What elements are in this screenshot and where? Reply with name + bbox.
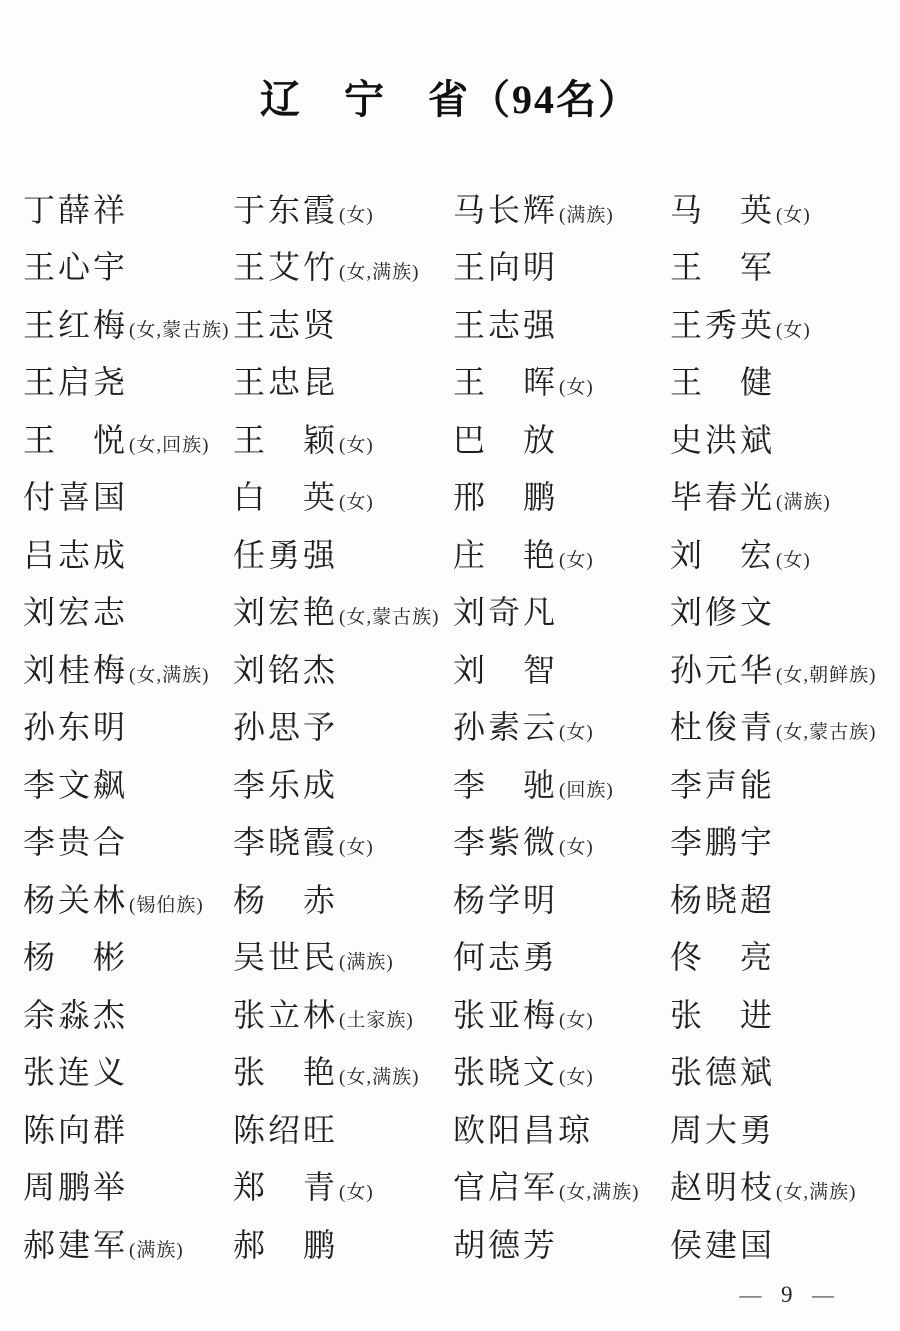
person-note: (女) bbox=[559, 551, 594, 570]
roster-cell: 于东霞(女) bbox=[233, 194, 453, 226]
roster-cell: 张连义 bbox=[23, 1056, 233, 1088]
roster-cell: 张立林(土家族) bbox=[233, 999, 453, 1031]
person-name: 王 晖 bbox=[453, 366, 558, 398]
roster-cell: 何志勇 bbox=[453, 941, 670, 973]
person-name: 杨 赤 bbox=[233, 884, 338, 916]
person-name: 余淼杰 bbox=[23, 999, 128, 1031]
person-name: 刘铭杰 bbox=[233, 654, 338, 686]
roster-cell: 刘宏志 bbox=[23, 596, 233, 628]
roster-cell: 王心宇 bbox=[23, 251, 233, 283]
roster-cell: 胡德芳 bbox=[453, 1229, 670, 1261]
person-note: (女) bbox=[339, 206, 374, 225]
person-name: 官启军 bbox=[453, 1171, 558, 1203]
person-note: (满族) bbox=[776, 493, 831, 512]
person-name: 吴世民 bbox=[233, 941, 338, 973]
roster-cell: 李乐成 bbox=[233, 769, 453, 801]
roster-cell: 张 艳(女,满族) bbox=[233, 1056, 453, 1088]
page-title: 辽 宁 省（94名） bbox=[0, 0, 900, 125]
roster-cell: 孙东明 bbox=[23, 711, 233, 743]
roster-cell: 李紫微(女) bbox=[453, 826, 670, 858]
roster-cell: 孙思予 bbox=[233, 711, 453, 743]
person-name: 张晓文 bbox=[453, 1056, 558, 1088]
person-note: (女) bbox=[559, 1068, 594, 1087]
person-name: 马 英 bbox=[670, 194, 775, 226]
person-name: 张亚梅 bbox=[453, 999, 558, 1031]
roster-cell: 巴 放 bbox=[453, 424, 670, 456]
person-name: 孙思予 bbox=[233, 711, 338, 743]
person-name: 王 悦 bbox=[23, 424, 128, 456]
person-name: 侯建国 bbox=[670, 1229, 775, 1261]
person-name: 杨 彬 bbox=[23, 941, 128, 973]
person-note: (女,蒙古族) bbox=[776, 723, 876, 742]
person-name: 王启尧 bbox=[23, 366, 128, 398]
person-name: 胡德芳 bbox=[453, 1229, 558, 1261]
roster-cell: 白 英(女) bbox=[233, 481, 453, 513]
person-note: (女) bbox=[776, 321, 811, 340]
person-name: 佟 亮 bbox=[670, 941, 775, 973]
person-name: 邢 鹏 bbox=[453, 481, 558, 513]
roster-cell: 王启尧 bbox=[23, 366, 233, 398]
roster-cell: 郝 鹏 bbox=[233, 1229, 453, 1261]
person-name: 王红梅 bbox=[23, 309, 128, 341]
roster-cell: 王志贤 bbox=[233, 309, 453, 341]
person-name: 于东霞 bbox=[233, 194, 338, 226]
person-name: 王忠昆 bbox=[233, 366, 338, 398]
footer-dash-right: — bbox=[812, 1282, 834, 1307]
person-name: 欧阳昌琼 bbox=[453, 1114, 593, 1146]
person-note: (女,满族) bbox=[339, 263, 419, 282]
roster-cell: 王 颖(女) bbox=[233, 424, 453, 456]
roster-cell: 佟 亮 bbox=[670, 941, 900, 973]
person-name: 陈绍旺 bbox=[233, 1114, 338, 1146]
person-note: (锡伯族) bbox=[129, 896, 204, 915]
person-note: (女,朝鲜族) bbox=[776, 666, 876, 685]
person-name: 孙元华 bbox=[670, 654, 775, 686]
roster-cell: 周鹏举 bbox=[23, 1171, 233, 1203]
roster-cell: 王 军 bbox=[670, 251, 900, 283]
person-name: 马长辉 bbox=[453, 194, 558, 226]
person-note: (女) bbox=[776, 206, 811, 225]
roster-cell: 孙素云(女) bbox=[453, 711, 670, 743]
person-name: 李鹏宇 bbox=[670, 826, 775, 858]
person-note: (女,满族) bbox=[339, 1068, 419, 1087]
person-note: (女) bbox=[559, 723, 594, 742]
roster-cell: 吕志成 bbox=[23, 539, 233, 571]
person-name: 李文飙 bbox=[23, 769, 128, 801]
roster-cell: 史洪斌 bbox=[670, 424, 900, 456]
person-name: 王 颖 bbox=[233, 424, 338, 456]
person-note: (女) bbox=[559, 838, 594, 857]
person-name: 张 进 bbox=[670, 999, 775, 1031]
person-name: 李紫微 bbox=[453, 826, 558, 858]
person-name: 史洪斌 bbox=[670, 424, 775, 456]
person-name: 孙素云 bbox=[453, 711, 558, 743]
person-name: 李晓霞 bbox=[233, 826, 338, 858]
person-name: 庄 艳 bbox=[453, 539, 558, 571]
person-name: 孙东明 bbox=[23, 711, 128, 743]
roster-cell: 郑 青(女) bbox=[233, 1171, 453, 1203]
roster-cell: 刘 宏(女) bbox=[670, 539, 900, 571]
roster-cell: 刘桂梅(女,满族) bbox=[23, 654, 233, 686]
roster-cell: 毕春光(满族) bbox=[670, 481, 900, 513]
person-name: 陈向群 bbox=[23, 1114, 128, 1146]
roster-cell: 吴世民(满族) bbox=[233, 941, 453, 973]
roster-cell: 张晓文(女) bbox=[453, 1056, 670, 1088]
person-name: 刘 宏 bbox=[670, 539, 775, 571]
person-name: 毕春光 bbox=[670, 481, 775, 513]
roster-cell: 杜俊青(女,蒙古族) bbox=[670, 711, 900, 743]
person-note: (女) bbox=[339, 493, 374, 512]
roster-cell: 李 驰(回族) bbox=[453, 769, 670, 801]
roster-cell: 张德斌 bbox=[670, 1056, 900, 1088]
person-note: (土家族) bbox=[339, 1011, 414, 1030]
roster-cell: 任勇强 bbox=[233, 539, 453, 571]
roster-cell: 刘宏艳(女,蒙古族) bbox=[233, 596, 453, 628]
person-name: 杨晓超 bbox=[670, 884, 775, 916]
roster-cell: 付喜国 bbox=[23, 481, 233, 513]
person-name: 王秀英 bbox=[670, 309, 775, 341]
person-note: (女) bbox=[339, 838, 374, 857]
roster-cell: 官启军(女,满族) bbox=[453, 1171, 670, 1203]
page-footer: — 9 — bbox=[726, 1282, 849, 1308]
person-name: 付喜国 bbox=[23, 481, 128, 513]
roster-cell: 欧阳昌琼 bbox=[453, 1114, 670, 1146]
person-name: 王向明 bbox=[453, 251, 558, 283]
person-name: 周鹏举 bbox=[23, 1171, 128, 1203]
person-name: 王志贤 bbox=[233, 309, 338, 341]
roster-cell: 李鹏宇 bbox=[670, 826, 900, 858]
person-note: (满族) bbox=[339, 953, 394, 972]
person-name: 刘奇凡 bbox=[453, 596, 558, 628]
roster-cell: 王 健 bbox=[670, 366, 900, 398]
page-title-text: 辽 宁 省（94名） bbox=[260, 77, 640, 122]
person-note: (女,满族) bbox=[776, 1183, 856, 1202]
person-name: 刘宏艳 bbox=[233, 596, 338, 628]
person-note: (女) bbox=[559, 1011, 594, 1030]
person-name: 李乐成 bbox=[233, 769, 338, 801]
roster-cell: 王向明 bbox=[453, 251, 670, 283]
roster-cell: 杨 赤 bbox=[233, 884, 453, 916]
footer-dash-left: — bbox=[740, 1282, 762, 1307]
person-name: 李声能 bbox=[670, 769, 775, 801]
roster-cell: 庄 艳(女) bbox=[453, 539, 670, 571]
person-name: 赵明枝 bbox=[670, 1171, 775, 1203]
roster-cell: 杨 彬 bbox=[23, 941, 233, 973]
roster-cell: 刘奇凡 bbox=[453, 596, 670, 628]
person-name: 李贵合 bbox=[23, 826, 128, 858]
roster-cell: 周大勇 bbox=[670, 1114, 900, 1146]
person-name: 任勇强 bbox=[233, 539, 338, 571]
roster-cell: 陈绍旺 bbox=[233, 1114, 453, 1146]
person-name: 刘修文 bbox=[670, 596, 775, 628]
person-name: 何志勇 bbox=[453, 941, 558, 973]
roster-cell: 杨晓超 bbox=[670, 884, 900, 916]
person-name: 刘宏志 bbox=[23, 596, 128, 628]
person-name: 李 驰 bbox=[453, 769, 558, 801]
roster-cell: 李声能 bbox=[670, 769, 900, 801]
person-name: 刘 智 bbox=[453, 654, 558, 686]
person-note: (女,回族) bbox=[129, 436, 209, 455]
roster-cell: 余淼杰 bbox=[23, 999, 233, 1031]
person-name: 郑 青 bbox=[233, 1171, 338, 1203]
page-number: 9 bbox=[781, 1282, 793, 1307]
person-name: 白 英 bbox=[233, 481, 338, 513]
person-name: 王志强 bbox=[453, 309, 558, 341]
person-note: (女,蒙古族) bbox=[129, 321, 229, 340]
person-name: 张 艳 bbox=[233, 1056, 338, 1088]
roster-cell: 杨关林(锡伯族) bbox=[23, 884, 233, 916]
roster-cell: 侯建国 bbox=[670, 1229, 900, 1261]
person-name: 郝 鹏 bbox=[233, 1229, 338, 1261]
roster-cell: 丁薛祥 bbox=[23, 194, 233, 226]
roster-cell: 王秀英(女) bbox=[670, 309, 900, 341]
roster-cell: 李文飙 bbox=[23, 769, 233, 801]
person-note: (女) bbox=[559, 378, 594, 397]
roster-cell: 王艾竹(女,满族) bbox=[233, 251, 453, 283]
roster-cell: 刘修文 bbox=[670, 596, 900, 628]
roster-cell: 邢 鹏 bbox=[453, 481, 670, 513]
person-note: (女) bbox=[776, 551, 811, 570]
person-name: 刘桂梅 bbox=[23, 654, 128, 686]
person-note: (回族) bbox=[559, 781, 614, 800]
roster-cell: 刘 智 bbox=[453, 654, 670, 686]
roster-cell: 孙元华(女,朝鲜族) bbox=[670, 654, 900, 686]
roster-cell: 张 进 bbox=[670, 999, 900, 1031]
person-name: 杨关林 bbox=[23, 884, 128, 916]
person-name: 张连义 bbox=[23, 1056, 128, 1088]
person-name: 张立林 bbox=[233, 999, 338, 1031]
roster-cell: 张亚梅(女) bbox=[453, 999, 670, 1031]
person-name: 王 健 bbox=[670, 366, 775, 398]
person-name: 丁薛祥 bbox=[23, 194, 128, 226]
person-name: 杜俊青 bbox=[670, 711, 775, 743]
person-note: (满族) bbox=[559, 206, 614, 225]
person-name: 杨学明 bbox=[453, 884, 558, 916]
roster-grid: 丁薛祥于东霞(女)马长辉(满族)马 英(女)王心宇王艾竹(女,满族)王向明王 军… bbox=[0, 181, 900, 1274]
person-note: (女) bbox=[339, 436, 374, 455]
roster-cell: 刘铭杰 bbox=[233, 654, 453, 686]
roster-cell: 王 晖(女) bbox=[453, 366, 670, 398]
person-note: (女,蒙古族) bbox=[339, 608, 439, 627]
person-name: 王 军 bbox=[670, 251, 775, 283]
roster-cell: 王 悦(女,回族) bbox=[23, 424, 233, 456]
roster-cell: 李贵合 bbox=[23, 826, 233, 858]
person-name: 巴 放 bbox=[453, 424, 558, 456]
person-note: (女,满族) bbox=[559, 1183, 639, 1202]
person-note: (满族) bbox=[129, 1241, 184, 1260]
person-name: 张德斌 bbox=[670, 1056, 775, 1088]
roster-cell: 王志强 bbox=[453, 309, 670, 341]
roster-cell: 赵明枝(女,满族) bbox=[670, 1171, 900, 1203]
roster-cell: 杨学明 bbox=[453, 884, 670, 916]
roster-cell: 马长辉(满族) bbox=[453, 194, 670, 226]
document-page: 辽 宁 省（94名） 丁薛祥于东霞(女)马长辉(满族)马 英(女)王心宇王艾竹(… bbox=[0, 0, 900, 1331]
person-name: 王心宇 bbox=[23, 251, 128, 283]
person-name: 王艾竹 bbox=[233, 251, 338, 283]
roster-cell: 李晓霞(女) bbox=[233, 826, 453, 858]
person-note: (女) bbox=[339, 1183, 374, 1202]
person-note: (女,满族) bbox=[129, 666, 209, 685]
person-name: 周大勇 bbox=[670, 1114, 775, 1146]
person-name: 郝建军 bbox=[23, 1229, 128, 1261]
roster-cell: 郝建军(满族) bbox=[23, 1229, 233, 1261]
roster-cell: 马 英(女) bbox=[670, 194, 900, 226]
roster-cell: 王红梅(女,蒙古族) bbox=[23, 309, 233, 341]
person-name: 吕志成 bbox=[23, 539, 128, 571]
roster-cell: 王忠昆 bbox=[233, 366, 453, 398]
roster-cell: 陈向群 bbox=[23, 1114, 233, 1146]
